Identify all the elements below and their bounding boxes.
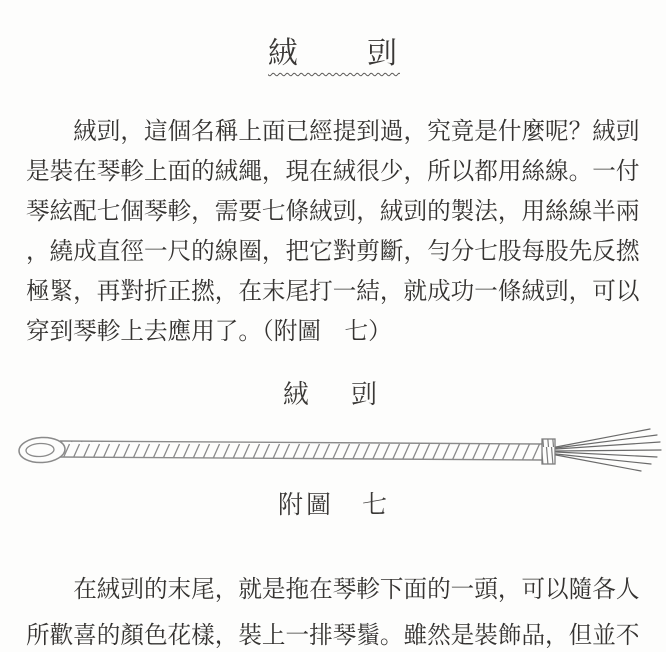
cord-strands bbox=[556, 429, 661, 471]
text-line: 是裝在琴軫上面的絨繩，現在絨很少，所以都用絲線。一付 bbox=[26, 152, 642, 192]
text-line: 穿到琴軫上去應用了。（附圖 七） bbox=[26, 312, 642, 352]
paragraph-one: 絨剅，這個名稱上面已經提到過，究竟是什麼呢？絨剅 是裝在琴軫上面的絨繩，現在絨很… bbox=[26, 112, 642, 352]
text-line: 在絨剅的末尾，就是拖在琴軫下面的一頭，可以隨各人 bbox=[26, 567, 642, 613]
page-title: 絨 剅 bbox=[26, 28, 642, 72]
twisted-cord-illustration bbox=[0, 423, 666, 479]
text-line: ，繞成直徑一尺的線圈，把它對剪斷，勻分七股每股先反撚 bbox=[26, 232, 642, 272]
text-line: 極緊，再對折正撚，在末尾打一結，就成功一條絨剅，可以 bbox=[26, 272, 642, 312]
figure-illustration bbox=[0, 423, 666, 479]
paragraph-two: 在絨剅的末尾，就是拖在琴軫下面的一頭，可以隨各人 所歡喜的顏色花樣，裝上一排琴鬚… bbox=[26, 567, 642, 652]
text-line: 絨剅，這個名稱上面已經提到過，究竟是什麼呢？絨剅 bbox=[26, 112, 642, 152]
text-line: 琴絃配七個琴軫，需要七條絨剅，絨剅的製法，用絲線半兩 bbox=[26, 192, 642, 232]
figure-caption: 附圖 七 bbox=[26, 485, 642, 521]
text-line: 所歡喜的顏色花樣，裝上一排琴鬚。雖然是裝飾品，但並不 bbox=[26, 613, 642, 652]
document-page: 絨 剅 絨剅，這個名稱上面已經提到過，究竟是什麼呢？絨剅 是裝在琴軫上面的絨繩，… bbox=[0, 0, 666, 652]
cord-knot bbox=[542, 439, 555, 464]
cord-loop bbox=[18, 436, 65, 463]
figure-subtitle: 絨 剅 bbox=[26, 374, 642, 411]
cord-body bbox=[60, 441, 542, 460]
